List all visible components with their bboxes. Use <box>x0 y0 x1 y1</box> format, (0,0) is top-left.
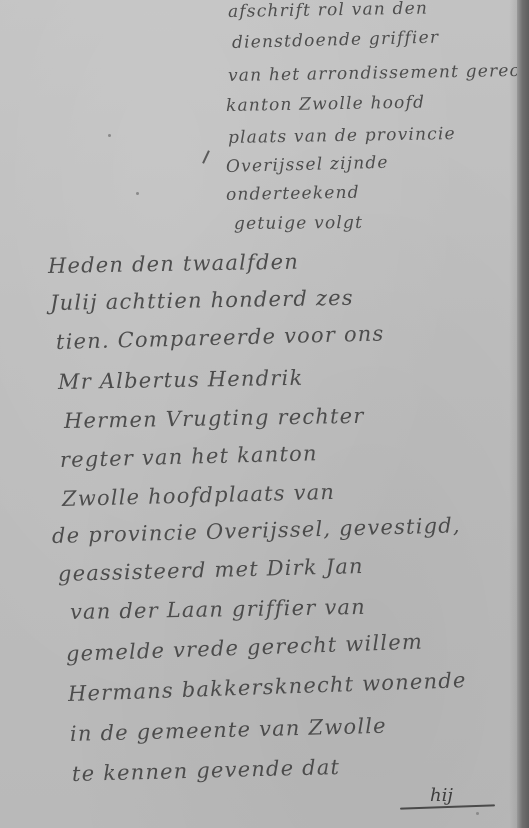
handwritten-line: onderteekend <box>226 183 360 205</box>
handwritten-line: Hermen Vrugting rechter <box>64 404 365 433</box>
handwritten-line: Zwolle hoofdplaats van <box>62 480 336 511</box>
paper-speck <box>108 134 111 137</box>
handwritten-line: plaats van de provincie <box>228 124 456 148</box>
handwritten-line: de provincie Overijssel, gevestigd, <box>52 513 461 548</box>
handwritten-line: regter van het kanton <box>60 441 318 472</box>
handwritten-line: geassisteerd met Dirk Jan <box>58 554 364 586</box>
handwritten-line: getuige volgt <box>234 213 363 234</box>
handwritten-line: kanton Zwolle hoofd <box>226 93 425 116</box>
handwritten-line: van het arrondissement gerecht <box>228 61 529 86</box>
book-binding-edge <box>517 0 529 828</box>
handwritten-line: Hermans bakkersknecht wonende <box>68 668 467 706</box>
handwritten-line: Julij achttien honderd zes <box>50 286 354 315</box>
ink-stroke <box>202 150 210 164</box>
handwritten-line: gemelde vrede gerecht willem <box>66 630 424 666</box>
handwritten-line: te kennen gevende dat <box>72 755 341 786</box>
manuscript-page: afschrift rol van den dienstdoende griff… <box>0 0 529 828</box>
handwritten-line: tien. Compareerde voor ons <box>56 321 385 354</box>
handwritten-line: Overijssel zijnde <box>226 153 389 177</box>
handwritten-line: in de gemeente van Zwolle <box>70 714 387 746</box>
paper-speck <box>136 192 139 195</box>
paper-speck <box>476 812 479 815</box>
signature-text: hij <box>430 785 453 806</box>
handwritten-line: Mr Albertus Hendrik <box>58 366 304 394</box>
handwritten-line: Heden den twaalfden <box>48 250 299 278</box>
handwritten-line: afschrift rol van den <box>228 0 428 22</box>
handwritten-line: van der Laan griffier van <box>70 595 366 624</box>
handwritten-line: dienstdoende griffier <box>232 28 440 53</box>
signature-underline <box>400 804 495 809</box>
binding-shadow <box>509 0 517 828</box>
